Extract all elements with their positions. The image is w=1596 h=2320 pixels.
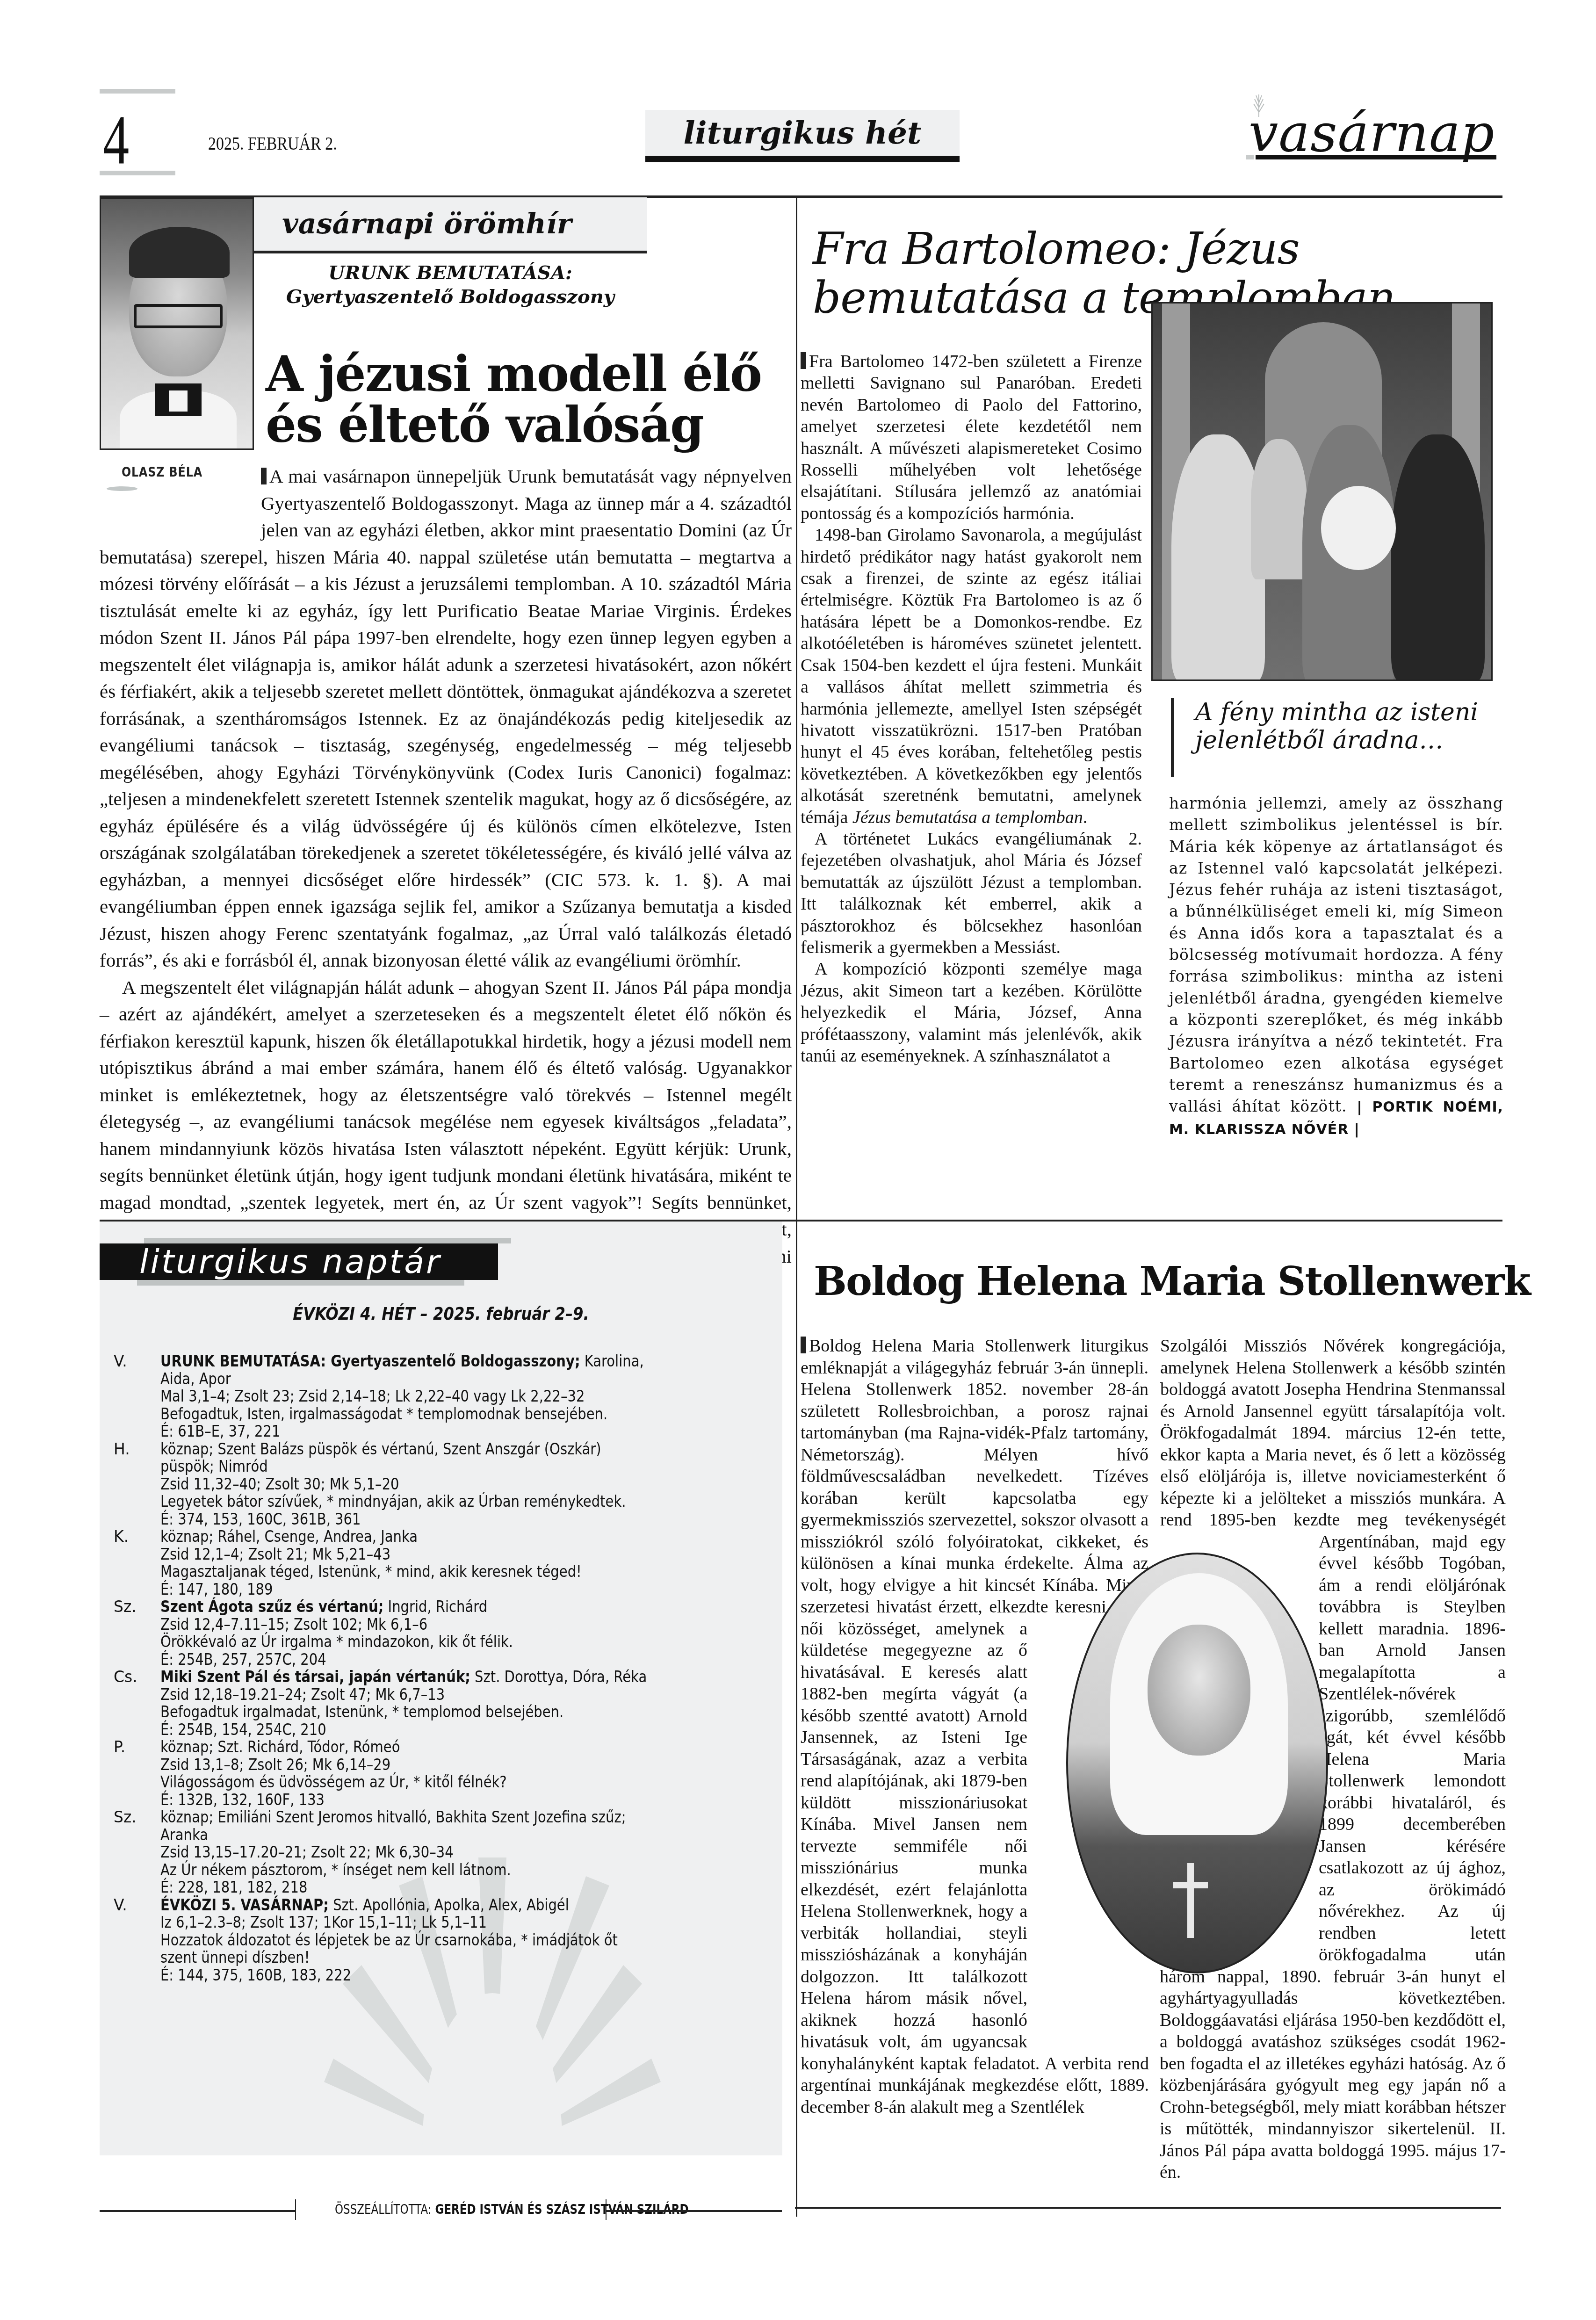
day-hymns: É: 374, 153, 160C, 361B, 361	[160, 1511, 704, 1528]
calendar-day: Cs. Miki Szent Pál és társai, japán vért…	[114, 1668, 778, 1738]
day-hymns: É: 254B, 154, 254C, 210	[160, 1721, 704, 1739]
issue-date: 2025. FEBRUÁR 2.	[208, 132, 337, 154]
day-readings: Zsid 12,4–7.11–15; Zsolt 102; Mk 6,1–6	[160, 1616, 704, 1633]
calendar-day: V. URUNK BEMUTATÁSA: Gyertyaszentelő Bol…	[114, 1352, 778, 1440]
day-psalm: Magasztaljanak téged, Istenünk, * mind, …	[160, 1563, 704, 1581]
paragraph-bar-icon	[261, 468, 267, 484]
glasses-shape	[134, 304, 223, 328]
painting-article-column-1: Fra Bartolomeo 1472-ben született a Fire…	[801, 351, 1142, 1067]
article-body: A mai vasárnapon ünnepeljük Urunk bemuta…	[100, 463, 792, 1297]
paragraph-bar-icon	[801, 352, 806, 369]
page-number-bar-bottom	[100, 171, 175, 175]
day-hymns: É: 254B, 257, 257C, 204	[160, 1651, 704, 1669]
calendar-title-banner: liturgikus naptár	[100, 1238, 498, 1275]
day-psalm: Legyetek bátor szívűek, * mindnyájan, ak…	[160, 1493, 704, 1511]
day-readings: Zsid 13,15–17.20–21; Zsolt 22; Mk 6,30–3…	[160, 1843, 704, 1861]
calendar-day: H. köznap; Szent Balázs püspök és vértan…	[114, 1440, 778, 1528]
figure-anna	[1251, 439, 1307, 579]
day-hymns: É: 61B–E, 37, 221	[160, 1423, 704, 1440]
article-headline: A jézusi modell élő és éltető valóság	[266, 348, 780, 450]
day-readings: Iz 6,1–2.3–8; Zsolt 137; 1Kor 15,1–11; L…	[160, 1914, 704, 1931]
article-paragraph: A történetet Lukács evangéliumának 2. fe…	[801, 828, 1142, 958]
calendar-day: K. köznap; Ráhel, Csenge, Andrea, Janka …	[114, 1528, 778, 1598]
page-number-bar-top	[100, 89, 175, 94]
figure-mary	[1391, 434, 1485, 681]
logo-rule-accent	[1246, 155, 1254, 159]
day-readings: Zsid 11,32–40; Zsolt 30; Mk 5,1–20	[160, 1475, 704, 1493]
calendar-credit: ÖSSZEÁLLÍTOTTA: GERÉD ISTVÁN ÉS SZÁSZ IS…	[100, 2204, 782, 2218]
day-hymns: É: 147, 180, 189	[160, 1581, 704, 1598]
day-readings: Mal 3,1–4; Zsolt 23; Zsid 2,14–18; Lk 2,…	[160, 1388, 704, 1405]
day-psalm: Világosságom és üdvösségem az Úr, * kitő…	[160, 1773, 704, 1791]
pull-quote: A fény mintha az isteni jelenlétből árad…	[1171, 698, 1494, 777]
section-tag-label: liturgikus hét	[684, 115, 922, 151]
section-tag: liturgikus hét	[645, 110, 960, 162]
calendar-list: V. URUNK BEMUTATÁSA: Gyertyaszentelő Bol…	[114, 1352, 778, 1984]
bottom-rule	[795, 2207, 1501, 2209]
day-readings: Zsid 12,1–4; Zsolt 21; Mk 5,21–43	[160, 1546, 704, 1563]
article-paragraph: 1498-ban Girolamo Savonarola, a megújulá…	[801, 524, 1142, 828]
crucifix-icon	[1187, 1863, 1194, 1938]
publication-name: vasárnap	[1249, 103, 1495, 164]
painting-article-column-2: harmónia jellemzi, amely az összhang mel…	[1169, 793, 1503, 1141]
figure-infant-jesus	[1321, 486, 1396, 570]
feast-title: URUNK BEMUTATÁSA:	[254, 262, 647, 284]
logo-rule	[1256, 155, 1496, 159]
page-number: 4	[103, 105, 129, 175]
saint-headline: Boldog Helena Maria Stollenwerk	[814, 1258, 1506, 1304]
day-hymns: É: 228, 181, 182, 218	[160, 1879, 704, 1896]
day-hymns: É: 132B, 132, 160F, 133	[160, 1791, 704, 1809]
feast-name: Gyertyaszentelő Boldogasszony	[254, 286, 647, 308]
author-portrait	[100, 197, 254, 450]
liturgical-calendar-panel: liturgikus naptár ÉVKÖZI 4. HÉT – 2025. …	[100, 1221, 782, 2155]
article-paragraph: A kompozíció központi személye maga Jézu…	[801, 958, 1142, 1067]
calendar-week: ÉVKÖZI 4. HÉT – 2025. február 2–9.	[151, 1303, 731, 1324]
calendar-day: Sz. Szent Ágota szűz és vértanú; Ingrid,…	[114, 1598, 778, 1668]
calendar-title: liturgikus naptár	[139, 1243, 441, 1281]
day-hymns: É: 144, 375, 160B, 183, 222	[160, 1966, 704, 1984]
calendar-day: Sz. köznap; Emiliáni Szent Jeromos hitva…	[114, 1808, 778, 1896]
day-psalm: Befogadtuk irgalmadat, Istenünk, * templ…	[160, 1703, 704, 1721]
saint-portrait	[1066, 1553, 1328, 1973]
calendar-day: P. köznap; Szt. Richárd, Tódor, Rómeó Zs…	[114, 1738, 778, 1808]
article-paragraph: Fra Bartolomeo 1472-ben született a Fire…	[801, 351, 1142, 524]
column-kicker: vasárnapi örömhír	[254, 197, 647, 253]
day-psalm: Örökkévaló az Úr irgalma * mindazokon, k…	[160, 1633, 704, 1651]
day-readings: Zsid 13,1–8; Zsolt 26; Mk 6,14–29	[160, 1756, 704, 1774]
day-psalm: Az Úr nékem pásztorom, * ínséget nem kel…	[160, 1861, 704, 1879]
painting-image	[1151, 302, 1493, 681]
paragraph-bar-icon	[801, 1337, 806, 1353]
publication-logo: vasárnap	[1246, 94, 1503, 164]
column-divider-top	[796, 196, 797, 1221]
kicker-label: vasárnapi örömhír	[282, 208, 571, 240]
column-divider-bottom	[796, 1221, 797, 2217]
day-psalm: Befogadtuk, Isten, irgalmasságodat * tem…	[160, 1405, 704, 1423]
calendar-day: V. ÉVKÖZI 5. VASÁRNAP; Szt. Apollónia, A…	[114, 1896, 778, 1984]
day-psalm: Hozzatok áldozatot és lépjetek be az Úr …	[160, 1931, 704, 1949]
day-readings: Zsid 12,18–19.21–24; Zsolt 47; Mk 6,7–13	[160, 1686, 704, 1704]
feast-subtitle: URUNK BEMUTATÁSA: Gyertyaszentelő Boldog…	[254, 262, 647, 308]
